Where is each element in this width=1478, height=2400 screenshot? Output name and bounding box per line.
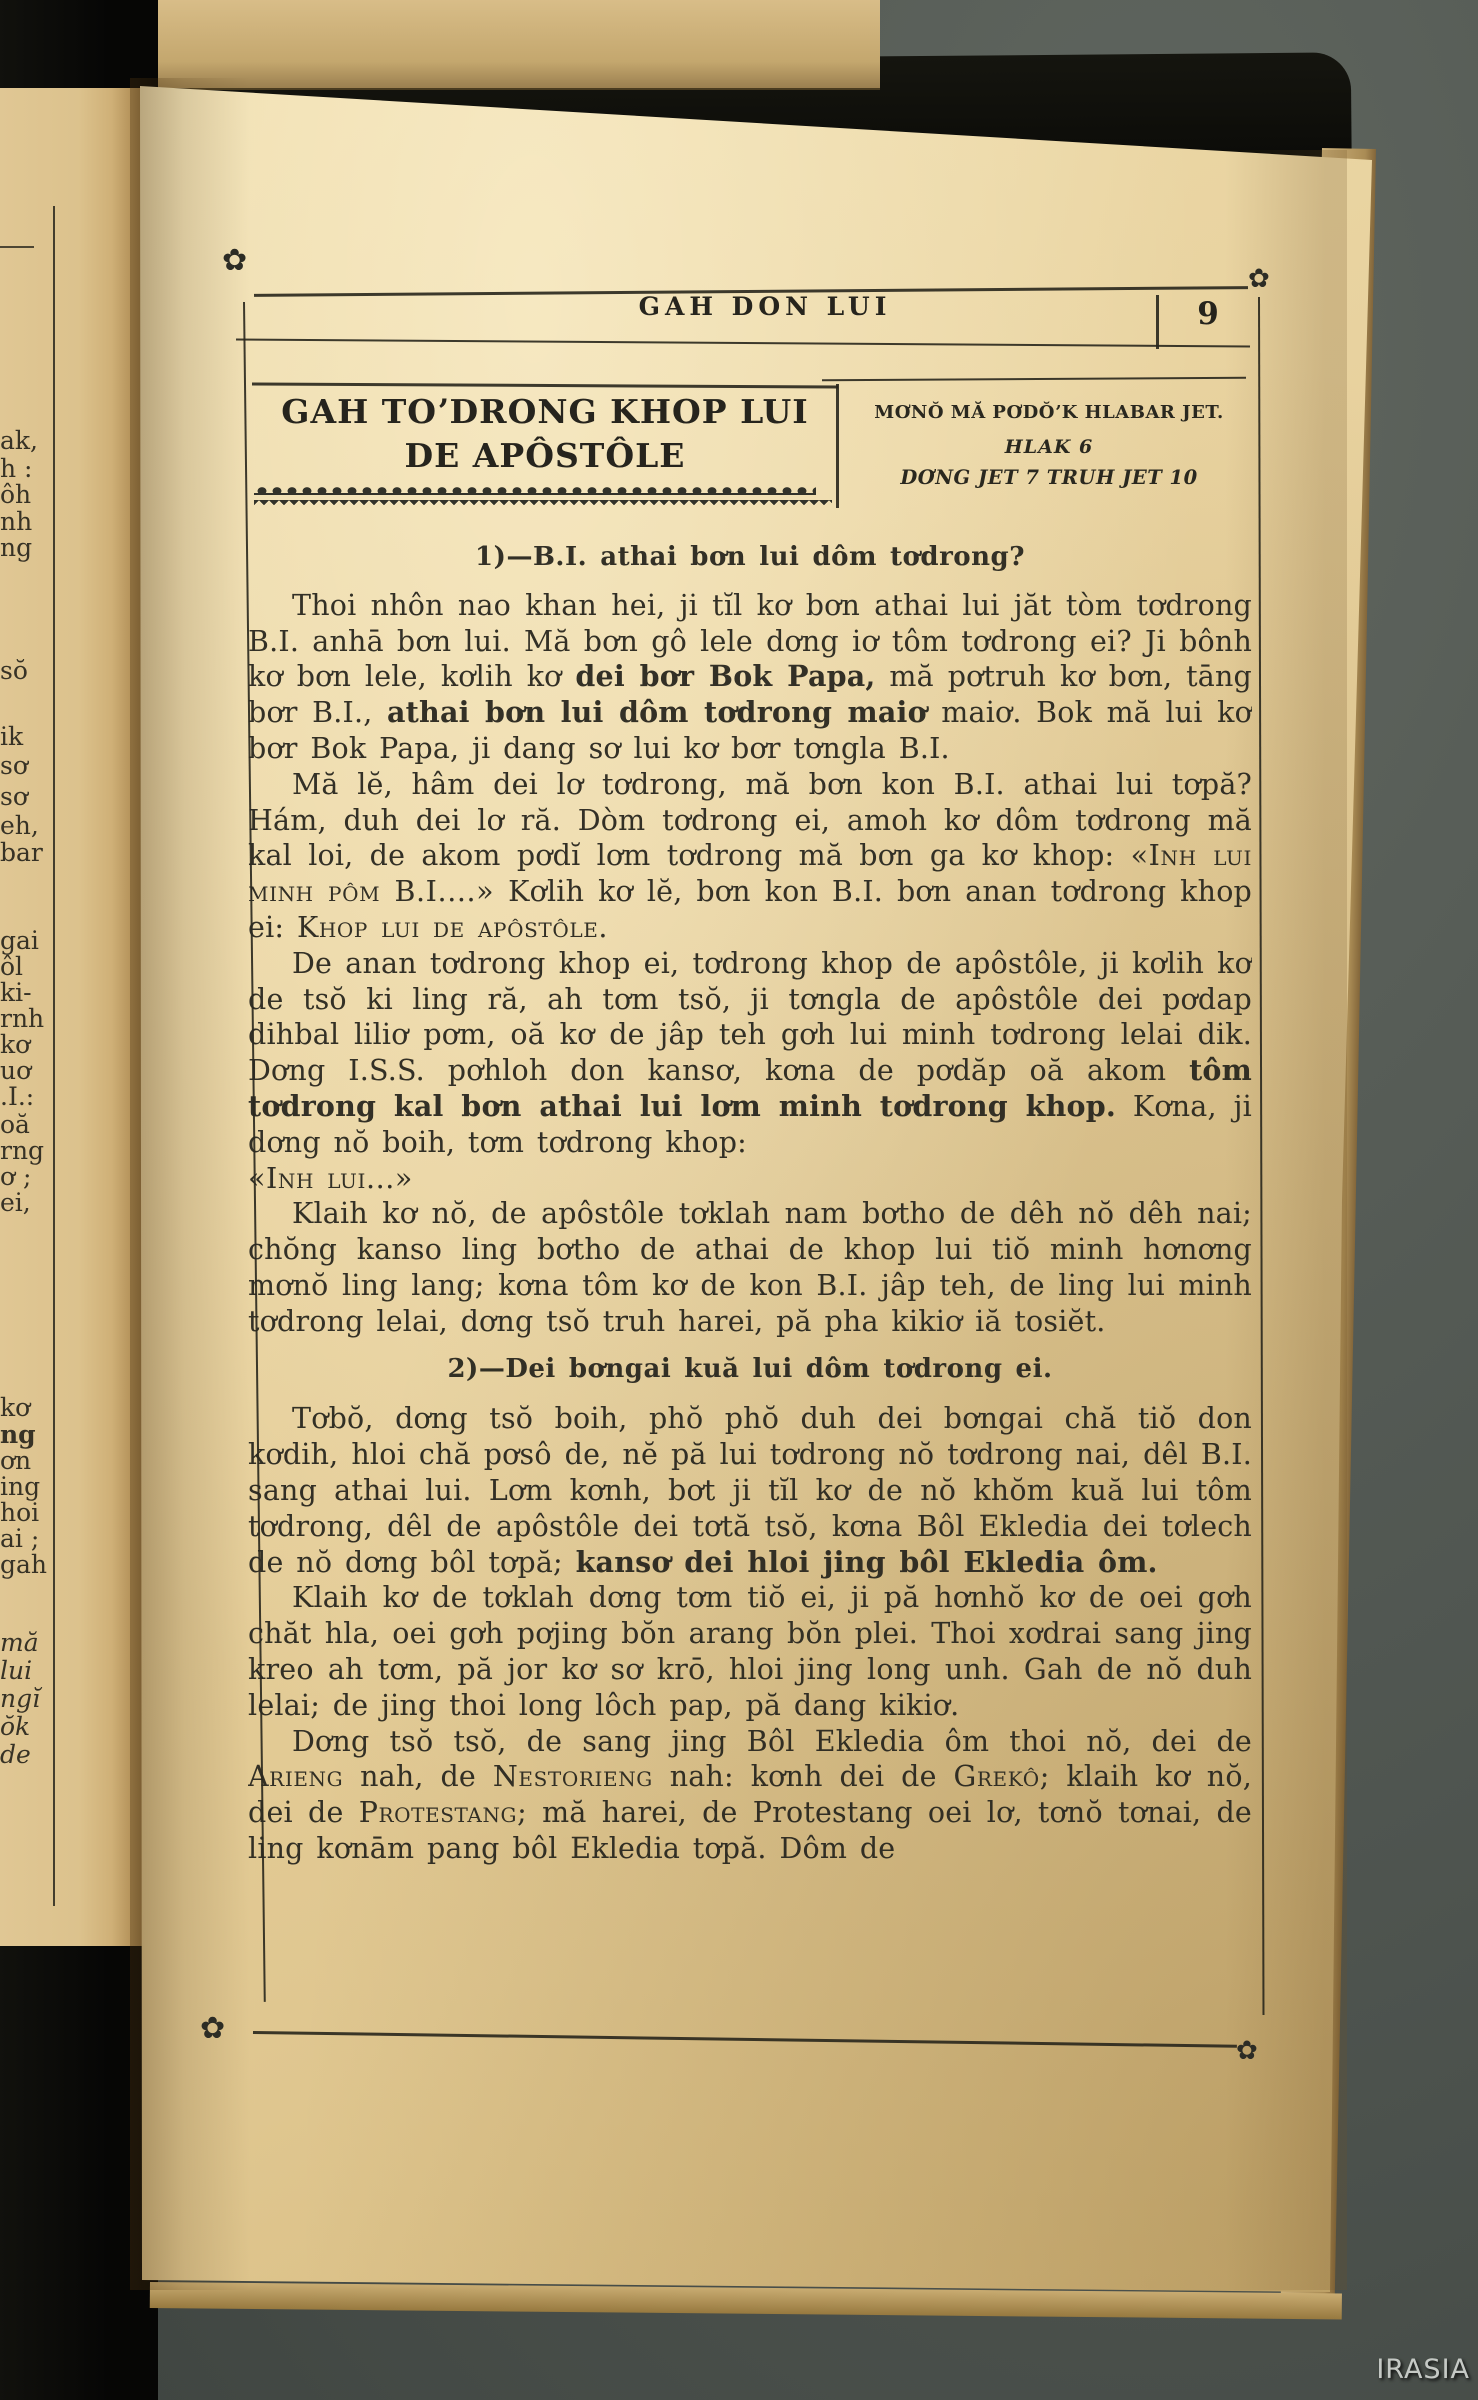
left-page-text-fragment: ei, (0, 1188, 42, 1217)
section-heading: 2)—Dei bơngai kuă lui dôm tơdrong ei. (248, 1352, 1252, 1388)
running-title: GAH DON LUI (560, 292, 970, 321)
left-page-text-fragment: ôl (0, 952, 42, 981)
reference-line2: HLAK 6 (845, 436, 1253, 458)
left-page-text-fragment: ai ; (0, 1524, 42, 1553)
page-stack-top-edge (85, 0, 880, 90)
left-page-text-fragment: nh (0, 507, 42, 536)
left-page-text-fragment: ng (0, 1420, 42, 1449)
left-page-text-fragment: ak, (0, 426, 42, 455)
paragraph: Mă lĕ, hâm dei lơ tơdrong, mă bơn kon B.… (248, 767, 1252, 946)
left-page-text-fragment: ôh (0, 480, 42, 509)
left-page-text-fragment: eh, (0, 811, 42, 840)
left-page-text-fragment: mă (0, 1628, 42, 1657)
left-page-text-fragment: rng (0, 1136, 42, 1165)
left-page-text-fragment: rnh (0, 1004, 42, 1033)
title-ornament-scallop-band (254, 484, 816, 498)
left-page-text-fragment: bar (0, 838, 42, 867)
left-page-text-fragment: ki- (0, 978, 42, 1007)
ornament-flower-icon: ✿ (222, 246, 247, 276)
page-number-divider (1156, 295, 1159, 349)
paragraph: Klaih kơ de tơklah dơng tơm tiŏ ei, ji p… (248, 1580, 1252, 1723)
left-page-text-fragment: .I.: (0, 1082, 42, 1111)
left-page-text-fragment: gai (0, 926, 42, 955)
chapter-title-line2: DE APÔSTÔLE (252, 436, 838, 475)
paragraph: Dơng tsŏ tsŏ, de sang jing Bôl Ekledia ô… (248, 1724, 1252, 1867)
section-heading: 1)—B.I. athai bơn lui dôm tơdrong? (248, 540, 1252, 576)
watermark: IRASIA (1330, 2354, 1470, 2385)
left-page-text-fragment: sơ (0, 782, 42, 811)
page-number: 9 (1168, 296, 1248, 332)
left-page-text-fragment: ŏk (0, 1712, 42, 1741)
left-page-text-fragment: ng (0, 533, 42, 562)
left-page-text-fragment: kơ (0, 1030, 42, 1059)
left-page-text-fragment: lui (0, 1656, 42, 1685)
left-page-text-fragment: ngĭ (0, 1684, 42, 1713)
page-body-text: 1)—B.I. athai bơn lui dôm tơdrong?Thoi n… (248, 540, 1252, 2042)
left-page-text-fragment: ik (0, 722, 42, 751)
left-page-edge: ak,h :ôhnhngsŏiksơsơeh,bargaiôlki-rnhkơu… (0, 88, 143, 1946)
left-page-text-fragment: hoi (0, 1498, 42, 1527)
ornament-flower-icon: ✿ (200, 2014, 225, 2044)
title-ornament-zigzag-band (254, 500, 832, 511)
ornament-flower-icon: ✿ (1248, 266, 1270, 292)
left-page-text-fragment: sŏ (0, 656, 42, 685)
paragraph: Tơbŏ, dơng tsŏ boih, phŏ phŏ duh dei bơn… (248, 1401, 1252, 1580)
reference-line1: MƠNŎ MĂ PƠDŎʼK HLABAR JET. (845, 402, 1253, 423)
left-page-text-fragment: de (0, 1740, 42, 1769)
left-page-text-fragment: ơn (0, 1446, 42, 1475)
left-page-text-fragment: ing (0, 1472, 42, 1501)
left-page-text-fragment: uơ (0, 1056, 42, 1085)
paragraph: Klaih kơ nŏ, de apôstôle tơklah nam bơth… (248, 1196, 1252, 1339)
book-scan-scene: ak,h :ôhnhngsŏiksơsơeh,bargaiôlki-rnhkơu… (0, 0, 1478, 2400)
left-page-header-rule-fragment (0, 246, 34, 248)
reference-line3: DƠNG JET 7 TRUH JET 10 (845, 466, 1253, 489)
left-page-text-fragment: sơ (0, 751, 42, 780)
left-page-text-fragment: gah (0, 1550, 42, 1579)
paragraph: De anan tơdrong khop ei, tơdrong khop de… (248, 946, 1252, 1197)
left-page-text-fragment: oă (0, 1110, 42, 1139)
paragraph: Thoi nhôn nao khan hei, ji tĭl kơ bơn at… (248, 588, 1252, 767)
left-page-text-fragment: h : (0, 454, 42, 483)
left-page-border-rule (53, 206, 55, 1906)
chapter-title-line1: GAH TOʼDRONG KHOP LUI (252, 392, 838, 431)
left-page-text-fragment: kơ (0, 1393, 42, 1422)
left-page-text-fragment: ơ ; (0, 1162, 42, 1191)
